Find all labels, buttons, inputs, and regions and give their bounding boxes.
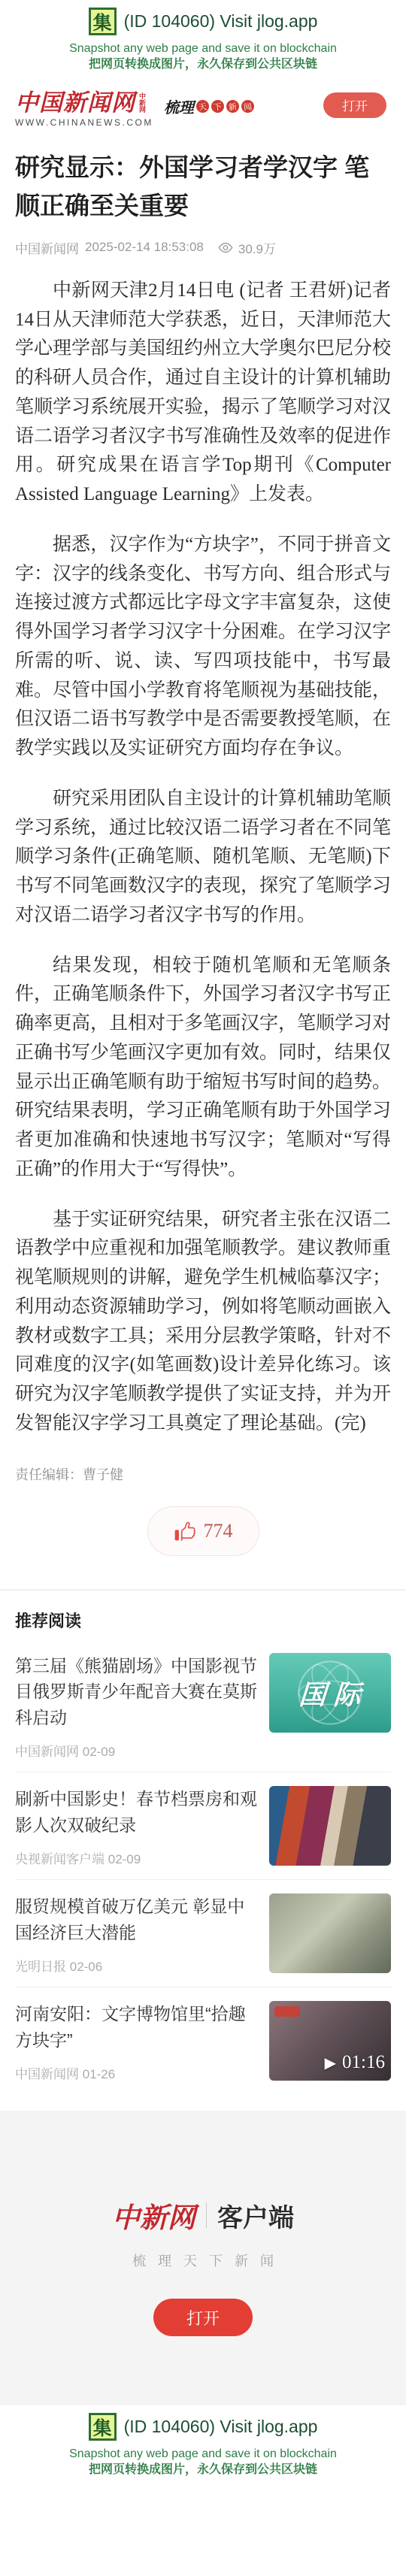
rec-item-source: 中国新闻网 (15, 1745, 79, 1759)
footer-logo-divider (206, 2202, 207, 2228)
site-logo[interactable]: 中国新闻网 中新网 WWW.CHINANEWS.COM (15, 91, 153, 127)
rec-item-source: 光明日报 (15, 1960, 66, 1974)
rec-item[interactable]: 刷新中国影史！春节档票房和观影人次双破纪录 央视新闻客户端 02-09 (15, 1772, 391, 1879)
thumbs-up-icon (174, 1521, 196, 1542)
rec-item-title: 刷新中国影史！春节档票房和观影人次双破纪录 (15, 1786, 257, 1838)
slogan-stamp: 闻 (241, 98, 255, 113)
rec-item-date: 02-06 (70, 1960, 102, 1974)
app-footer: 中新网 客户端 梳理天下新闻 打开 (0, 2111, 406, 2405)
site-logo-vertical-text: 中新网 (138, 92, 145, 113)
promo-subtitle-zh: 把网页转换成图片，永久保存到公共区块链 (0, 2462, 406, 2478)
site-url: WWW.CHINANEWS.COM (15, 118, 153, 127)
rec-item-date: 01-26 (83, 2067, 115, 2081)
slogan-stamp: 天 (195, 98, 210, 113)
rec-item-title: 服贸规模首破万亿美元 彰显中国经济巨大潜能 (15, 1893, 257, 1945)
meta-source: 中国新闻网 (15, 238, 79, 257)
site-slogan: 梳理 天 下 新 闻 (164, 95, 254, 117)
article-meta: 中国新闻网 2025-02-14 18:53:08 30.9万 (15, 238, 391, 257)
rec-item-date: 02-09 (83, 1745, 115, 1759)
collect-icon: 集 (89, 8, 117, 35)
article-title: 研究显示：外国学习者学汉字 笔顺正确至关重要 (15, 148, 391, 225)
play-icon: ▶ (325, 2054, 336, 2072)
rec-item-source: 央视新闻客户端 (15, 1852, 105, 1866)
article-paragraph: 中新网天津2月14日电 (记者 王君妍)记者14日从天津师范大学获悉，近日，天津… (15, 277, 391, 510)
rec-thumbnail-dollars-photo[interactable] (269, 1893, 391, 1973)
like-count: 774 (204, 1520, 233, 1542)
footer-logo: 中新网 客户端 (0, 2195, 406, 2235)
eye-icon (217, 242, 234, 253)
thumb-corner-tag (274, 2006, 300, 2017)
rec-item-title: 河南安阳：文字博物馆里“拾趣方块字” (15, 2001, 257, 2053)
recommend-section: 推荐阅读 第三届《熊猫剧场》中国影视节目俄罗斯青少年配音大赛在莫斯科启动 中国新… (0, 1589, 406, 2099)
promo-banner-bottom[interactable]: 集 (ID 104060) Visit jlog.app Snapshot an… (0, 2405, 406, 2487)
article-paragraph: 基于实证研究结果，研究者主张在汉语二语教学中应重视和加强笔顺教学。建议教师重视笔… (15, 1206, 391, 1439)
footer-logo-black: 客户端 (217, 2197, 294, 2234)
promo-banner-top[interactable]: 集 (ID 104060) Visit jlog.app Snapshot an… (0, 0, 406, 82)
thumb-label: 国际 (269, 1653, 391, 1733)
collect-icon: 集 (89, 2413, 117, 2441)
slogan-calligraphy: 梳理 (164, 95, 194, 117)
video-duration: 01:16 (342, 2052, 385, 2073)
meta-datetime: 2025-02-14 18:53:08 (85, 240, 204, 255)
promo-title: (ID 104060) Visit jlog.app (124, 11, 318, 32)
article-paragraph: 研究采用团队自主设计的计算机辅助笔顺学习系统，通过比较汉语二语学习者在不同笔顺学… (15, 785, 391, 931)
slogan-stamp: 下 (211, 98, 225, 113)
rec-item[interactable]: 第三届《熊猫剧场》中国影视节目俄罗斯青少年配音大赛在莫斯科启动 中国新闻网 02… (15, 1639, 391, 1772)
promo-subtitle-en: Snapshot any web page and save it on blo… (0, 2447, 406, 2462)
article: 研究显示：外国学习者学汉字 笔顺正确至关重要 中国新闻网 2025-02-14 … (0, 148, 406, 1556)
open-app-button-footer[interactable]: 打开 (153, 2299, 253, 2336)
open-app-button-top[interactable]: 打开 (323, 92, 386, 118)
site-logo-text: 中国新闻网 (15, 91, 135, 114)
rec-item-title: 第三届《熊猫剧场》中国影视节目俄罗斯青少年配音大赛在莫斯科启动 (15, 1653, 257, 1731)
editor-note: 责任编辑：曹子健 (15, 1464, 391, 1484)
promo-subtitle-zh: 把网页转换成图片，永久保存到公共区块链 (0, 56, 406, 73)
views-count: 30.9万 (238, 238, 276, 257)
rec-thumbnail-video[interactable]: ▶ 01:16 (269, 2001, 391, 2081)
like-button[interactable]: 774 (147, 1506, 259, 1556)
rec-item-source: 中国新闻网 (15, 2067, 79, 2081)
promo-title: (ID 104060) Visit jlog.app (124, 2417, 318, 2437)
rec-item[interactable]: 河南安阳：文字博物馆里“拾趣方块字” 中国新闻网 01-26 ▶ 01:16 (15, 1987, 391, 2094)
slogan-stamp: 新 (226, 98, 240, 113)
rec-thumbnail-cinema-photo[interactable] (269, 1786, 391, 1866)
footer-logo-red: 中新网 (112, 2195, 195, 2235)
article-paragraph: 据悉，汉字作为“方块字”，不同于拼音文字：汉字的线条变化、书写方向、组合形式与连… (15, 531, 391, 764)
recommend-title: 推荐阅读 (15, 1609, 391, 1632)
article-paragraph: 结果发现，相较于随机笔顺和无笔顺条件，正确笔顺条件下，外国学习者汉字书写正确率更… (15, 952, 391, 1185)
rec-item-date: 02-09 (108, 1852, 141, 1866)
footer-slogan: 梳理天下新闻 (0, 2251, 406, 2270)
rec-thumbnail-international[interactable]: 国际 (269, 1653, 391, 1733)
site-header: 中国新闻网 中新网 WWW.CHINANEWS.COM 梳理 天 下 新 闻 打… (0, 82, 406, 138)
rec-item[interactable]: 服贸规模首破万亿美元 彰显中国经济巨大潜能 光明日报 02-06 (15, 1879, 391, 1987)
promo-subtitle-en: Snapshot any web page and save it on blo… (0, 41, 406, 56)
